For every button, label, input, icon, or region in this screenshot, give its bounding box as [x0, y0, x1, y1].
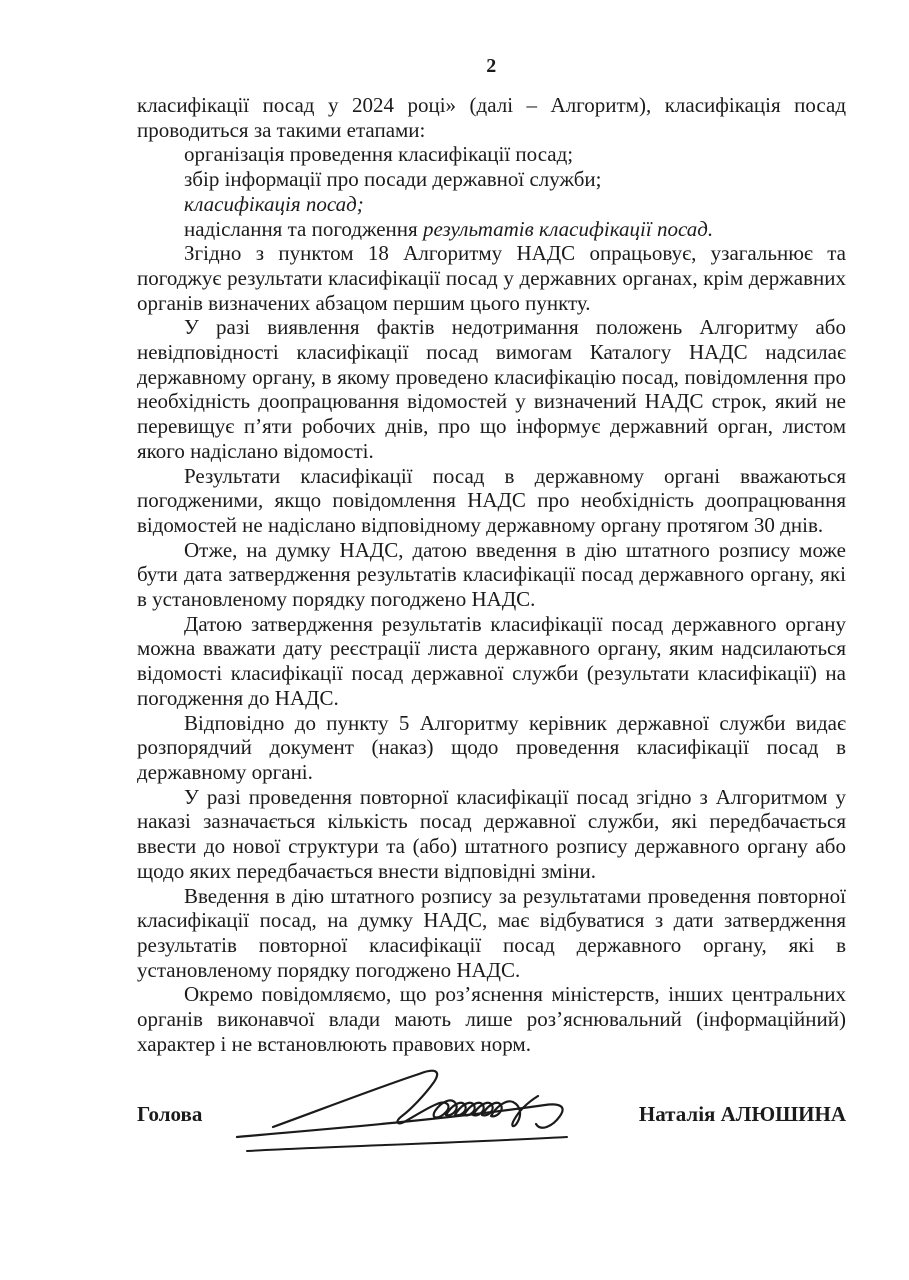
text-run: класифікація посад;: [184, 192, 364, 216]
body-paragraph: Датою затвердження результатів класифіка…: [137, 612, 846, 711]
text-run: класифікації посад у 2024 році» (далі – …: [137, 93, 846, 142]
text-run: Введення в дію штатного розпису за резул…: [137, 884, 846, 982]
body-paragraph: класифікація посад;: [137, 192, 846, 217]
signature-stroke-underline-2: [247, 1137, 567, 1151]
text-run: Згідно з пунктом 18 Алгоритму НАДС опрац…: [137, 241, 846, 314]
text-run: Результати класифікації посад в державно…: [137, 464, 846, 537]
text-run: надіслання та погодження: [184, 217, 423, 241]
document-body: класифікації посад у 2024 році» (далі – …: [137, 93, 846, 1056]
text-run: збір інформації про посади державної слу…: [184, 167, 601, 191]
body-paragraph: Результати класифікації посад в державно…: [137, 464, 846, 538]
body-paragraph: У разі виявлення фактів недотримання пол…: [137, 315, 846, 463]
signatory-name: Наталія АЛЮШИНА: [639, 1102, 846, 1127]
text-run: У разі виявлення фактів недотримання пол…: [137, 315, 846, 463]
text-run: Окремо повідомляємо, що роз’яснення міні…: [137, 982, 846, 1055]
body-paragraph: Окремо повідомляємо, що роз’яснення міні…: [137, 982, 846, 1056]
body-paragraph: збір інформації про посади державної слу…: [137, 167, 846, 192]
body-paragraph: організація проведення класифікації поса…: [137, 142, 846, 167]
text-run: Датою затвердження результатів класифіка…: [137, 612, 846, 710]
body-paragraph: класифікації посад у 2024 році» (далі – …: [137, 93, 846, 142]
text-run: Відповідно до пункту 5 Алгоритму керівни…: [137, 711, 846, 784]
body-paragraph: надіслання та погодження результатів кла…: [137, 217, 846, 242]
body-paragraph: Відповідно до пункту 5 Алгоритму керівни…: [137, 711, 846, 785]
signature-block: Голова Наталія АЛЮШИНА: [137, 1102, 846, 1127]
text-run: У разі проведення повторної класифікації…: [137, 785, 846, 883]
text-run: результатів класифікації посад.: [423, 217, 713, 241]
document-page: 2 класифікації посад у 2024 році» (далі …: [0, 0, 909, 1280]
text-run: організація проведення класифікації поса…: [184, 142, 573, 166]
signature-title: Голова: [137, 1102, 202, 1127]
page-number: 2: [137, 55, 846, 78]
body-paragraph: У разі проведення повторної класифікації…: [137, 785, 846, 884]
body-paragraph: Отже, на думку НАДС, датою введення в ді…: [137, 538, 846, 612]
body-paragraph: Введення в дію штатного розпису за резул…: [137, 884, 846, 983]
body-paragraph: Згідно з пунктом 18 Алгоритму НАДС опрац…: [137, 241, 846, 315]
text-run: Отже, на думку НАДС, датою введення в ді…: [137, 538, 846, 611]
